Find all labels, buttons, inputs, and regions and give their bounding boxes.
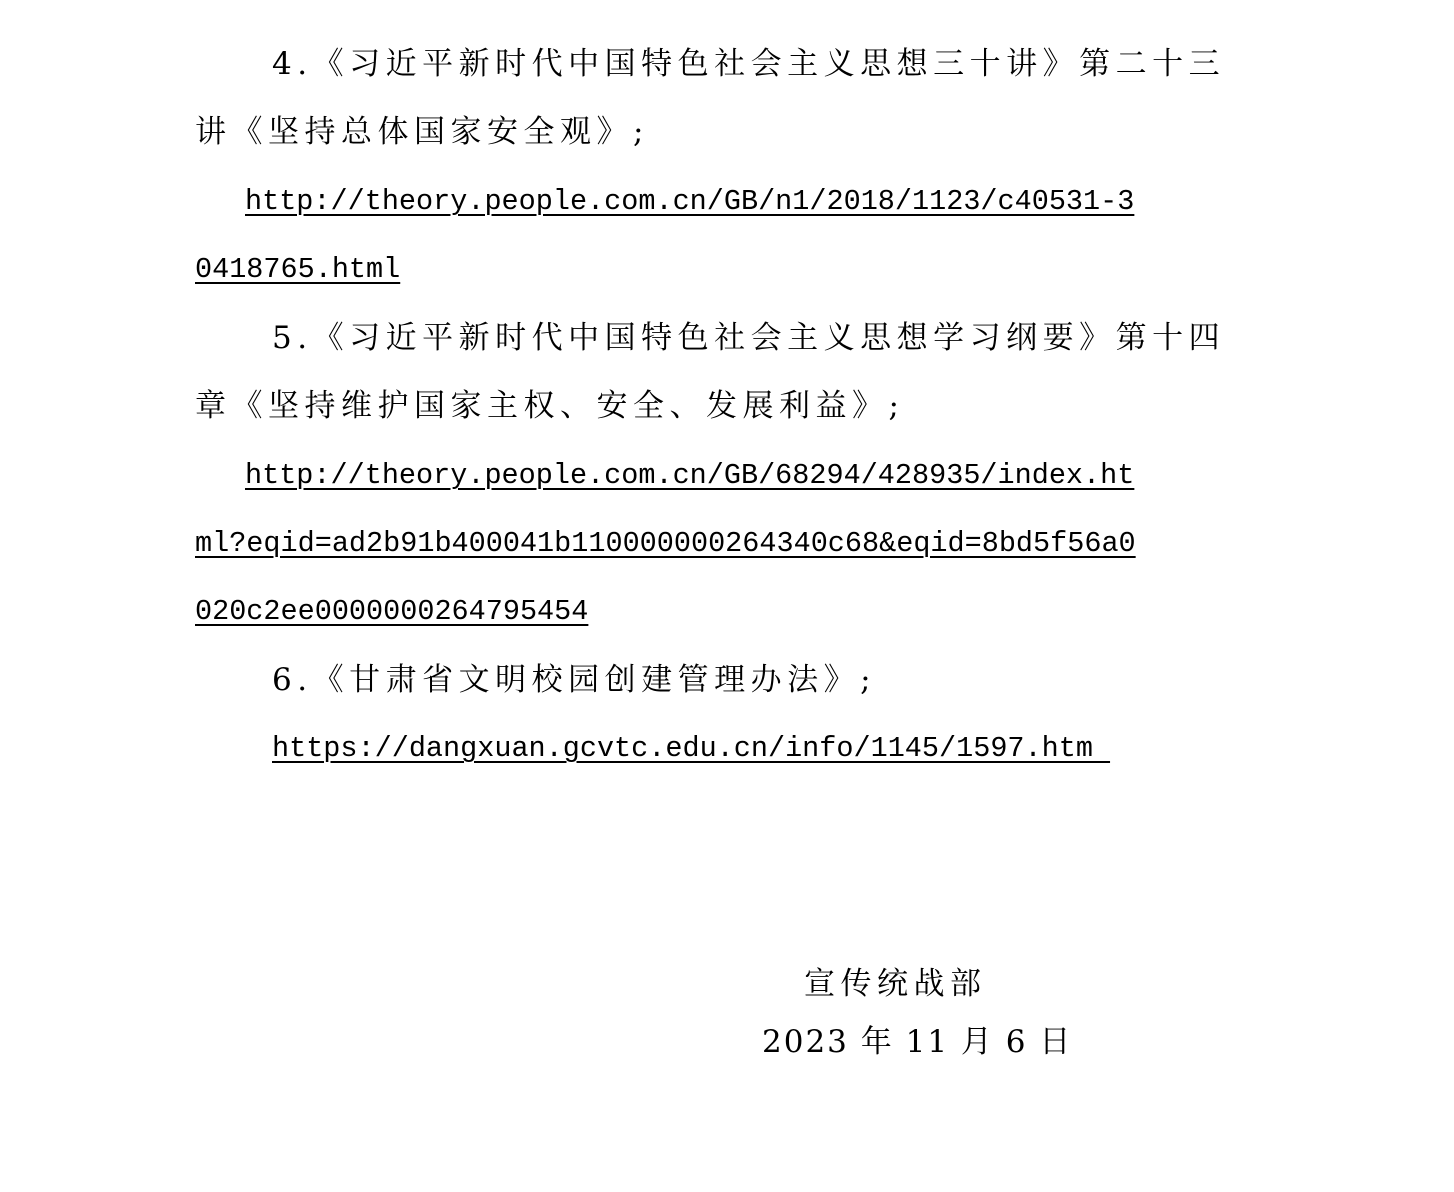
reference-4-link-line1[interactable]: http://theory.people.com.cn/GB/n1/2018/1… <box>245 182 1134 222</box>
reference-5-link-line3[interactable]: 020c2ee0000000264795454 <box>195 592 588 632</box>
reference-4-link-line2[interactable]: 0418765.html <box>195 250 400 290</box>
reference-6-link[interactable]: https://dangxuan.gcvtc.edu.cn/info/1145/… <box>272 729 1110 769</box>
reference-5-link-line1[interactable]: http://theory.people.com.cn/GB/68294/428… <box>245 456 1134 496</box>
reference-4-title-line2: 讲《坚持总体国家安全观》; <box>195 112 649 152</box>
reference-5-title-line1: 5.《习近平新时代中国特色社会主义思想学习纲要》第十四 <box>272 318 1225 358</box>
reference-5-title-line2: 章《坚持维护国家主权、安全、发展利益》; <box>195 386 904 426</box>
reference-4-title-line1: 4.《习近平新时代中国特色社会主义思想三十讲》第二十三 <box>272 44 1225 84</box>
signature-date: 2023 年 11 月 6 日 <box>762 1022 1072 1062</box>
reference-6-title: 6.《甘肃省文明校园创建管理办法》; <box>272 660 876 700</box>
signature-department: 宣传统战部 <box>804 964 987 1004</box>
reference-5-link-line2[interactable]: ml?eqid=ad2b91b400041b110000000264340c68… <box>195 524 1136 564</box>
